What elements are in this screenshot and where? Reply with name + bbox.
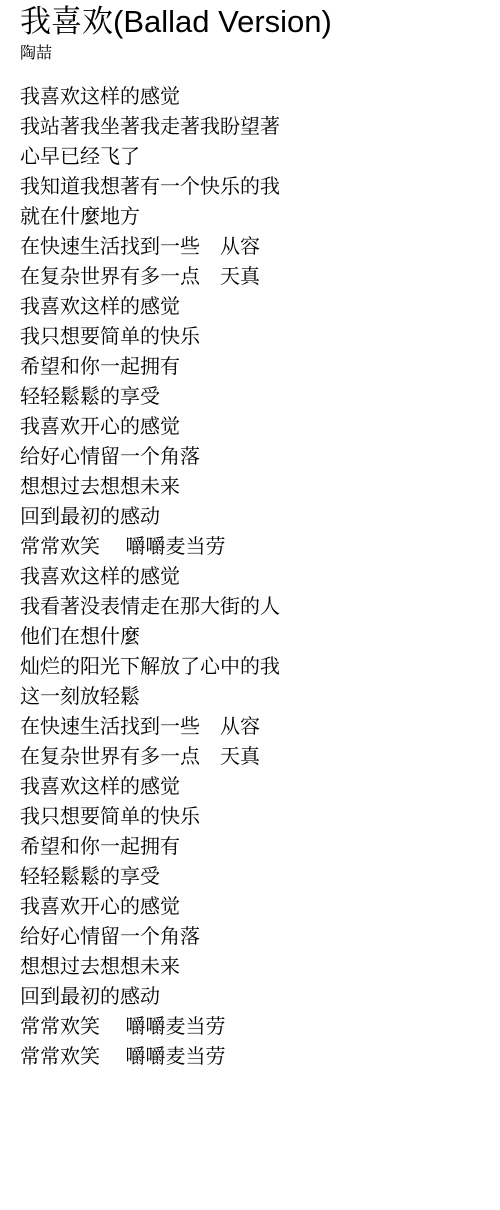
lyric-line: 轻轻鬆鬆的享受 (20, 862, 480, 892)
artist-name: 陶喆 (20, 44, 480, 64)
lyric-line: 心早已经飞了 (20, 142, 480, 172)
lyric-line: 我只想要简单的快乐 (20, 802, 480, 832)
lyric-line: 常常欢笑 嚼嚼麦当劳 (20, 1012, 480, 1042)
song-title: 我喜欢(Ballad Version) (20, 2, 480, 42)
lyric-line: 给好心情留一个角落 (20, 442, 480, 472)
lyric-line: 我喜欢开心的感觉 (20, 412, 480, 442)
lyric-line: 回到最初的感动 (20, 982, 480, 1012)
lyric-line: 我看著没表情走在那大街的人 (20, 592, 480, 622)
lyric-line: 希望和你一起拥有 (20, 832, 480, 862)
lyric-line: 我喜欢这样的感觉 (20, 292, 480, 322)
lyric-line: 就在什麼地方 (20, 202, 480, 232)
lyric-line: 我喜欢开心的感觉 (20, 892, 480, 922)
lyric-line: 这一刻放轻鬆 (20, 682, 480, 712)
lyric-line: 在复杂世界有多一点 天真 (20, 742, 480, 772)
lyric-line: 想想过去想想未来 (20, 952, 480, 982)
lyric-line: 我站著我坐著我走著我盼望著 (20, 112, 480, 142)
lyric-line: 我只想要简单的快乐 (20, 322, 480, 352)
lyric-line: 他们在想什麼 (20, 622, 480, 652)
lyric-line: 给好心情留一个角落 (20, 922, 480, 952)
lyric-line: 在复杂世界有多一点 天真 (20, 262, 480, 292)
lyric-line: 灿烂的阳光下解放了心中的我 (20, 652, 480, 682)
lyric-line: 我喜欢这样的感觉 (20, 772, 480, 802)
lyric-line: 在快速生活找到一些 从容 (20, 232, 480, 262)
lyric-line: 我喜欢这样的感觉 (20, 562, 480, 592)
lyric-line: 我知道我想著有一个快乐的我 (20, 172, 480, 202)
lyric-line: 回到最初的感动 (20, 502, 480, 532)
lyric-line: 希望和你一起拥有 (20, 352, 480, 382)
lyric-line: 常常欢笑 嚼嚼麦当劳 (20, 1042, 480, 1072)
lyrics-page: 我喜欢(Ballad Version) 陶喆 我喜欢这样的感觉我站著我坐著我走著… (0, 0, 500, 1210)
lyric-line: 轻轻鬆鬆的享受 (20, 382, 480, 412)
lyric-line: 想想过去想想未来 (20, 472, 480, 502)
lyric-line: 我喜欢这样的感觉 (20, 82, 480, 112)
lyric-line: 在快速生活找到一些 从容 (20, 712, 480, 742)
lyrics-container: 我喜欢这样的感觉我站著我坐著我走著我盼望著心早已经飞了我知道我想著有一个快乐的我… (20, 82, 480, 1072)
lyric-line: 常常欢笑 嚼嚼麦当劳 (20, 532, 480, 562)
